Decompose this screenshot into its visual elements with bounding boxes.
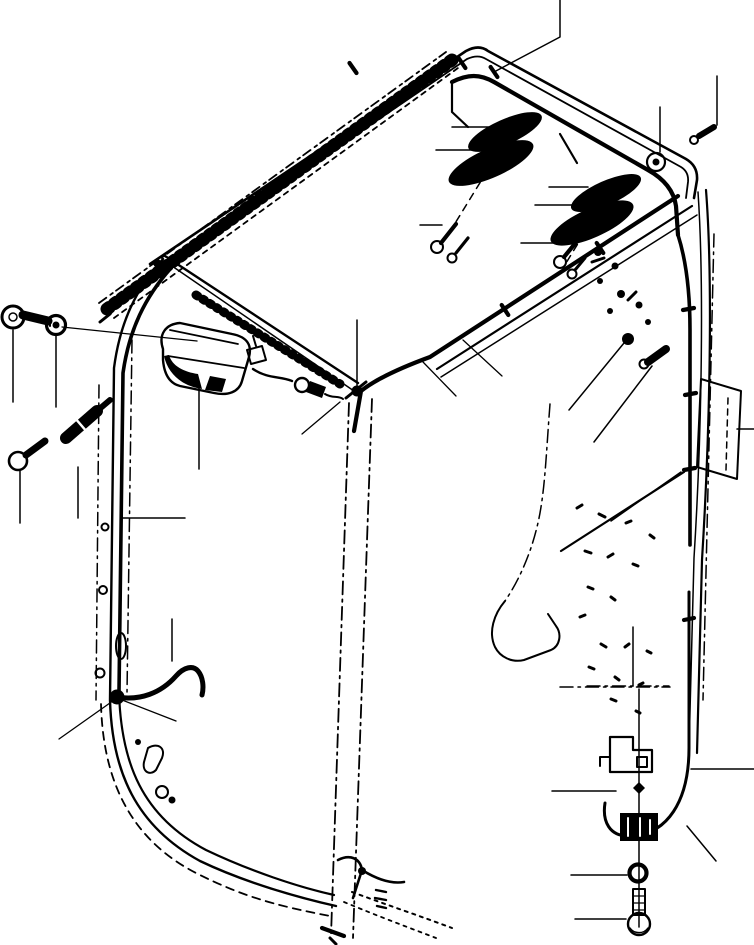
main-harness-run: [346, 196, 678, 431]
lamp-wire: [253, 369, 292, 381]
pillar-harness-lower: [604, 592, 689, 836]
wire-node: [633, 782, 645, 794]
door-hinge: [135, 739, 176, 804]
small-bolt: [9, 441, 45, 470]
floor-marks: [375, 890, 386, 908]
wiring-plug: [66, 400, 110, 438]
bottom-right-assembly: [587, 627, 669, 935]
access-plate: [697, 379, 741, 479]
lamp-mounting-screws: [431, 224, 468, 263]
grommet-and-bolt: [622, 333, 666, 369]
connector-block: [620, 813, 658, 841]
parts-diagram-canvas: [0, 0, 754, 945]
work-light: [162, 323, 343, 399]
callout-leader-lines: [13, 0, 754, 919]
hex-bolt: [648, 349, 666, 362]
wire-clip: [350, 63, 357, 73]
bolt-shank: [23, 315, 48, 321]
washer: [630, 865, 647, 882]
parts-diagram-page: [0, 0, 754, 945]
connector-cluster: [592, 248, 651, 325]
rear-quarter-panel: [492, 404, 684, 713]
pillar-harness: [678, 235, 690, 545]
dome-lamp-front: [431, 104, 547, 262]
sill-bracket: [338, 857, 404, 898]
top-right-fastener: [690, 127, 714, 144]
hex-bolt-with-washer: [2, 306, 66, 335]
harness-bracket: [600, 737, 652, 772]
mounting-bolt: [628, 889, 650, 935]
wire-clip: [459, 58, 466, 68]
stamped-marks: [577, 505, 654, 713]
door-branch-wire: [110, 668, 203, 705]
front-right-pillar: [322, 399, 452, 944]
